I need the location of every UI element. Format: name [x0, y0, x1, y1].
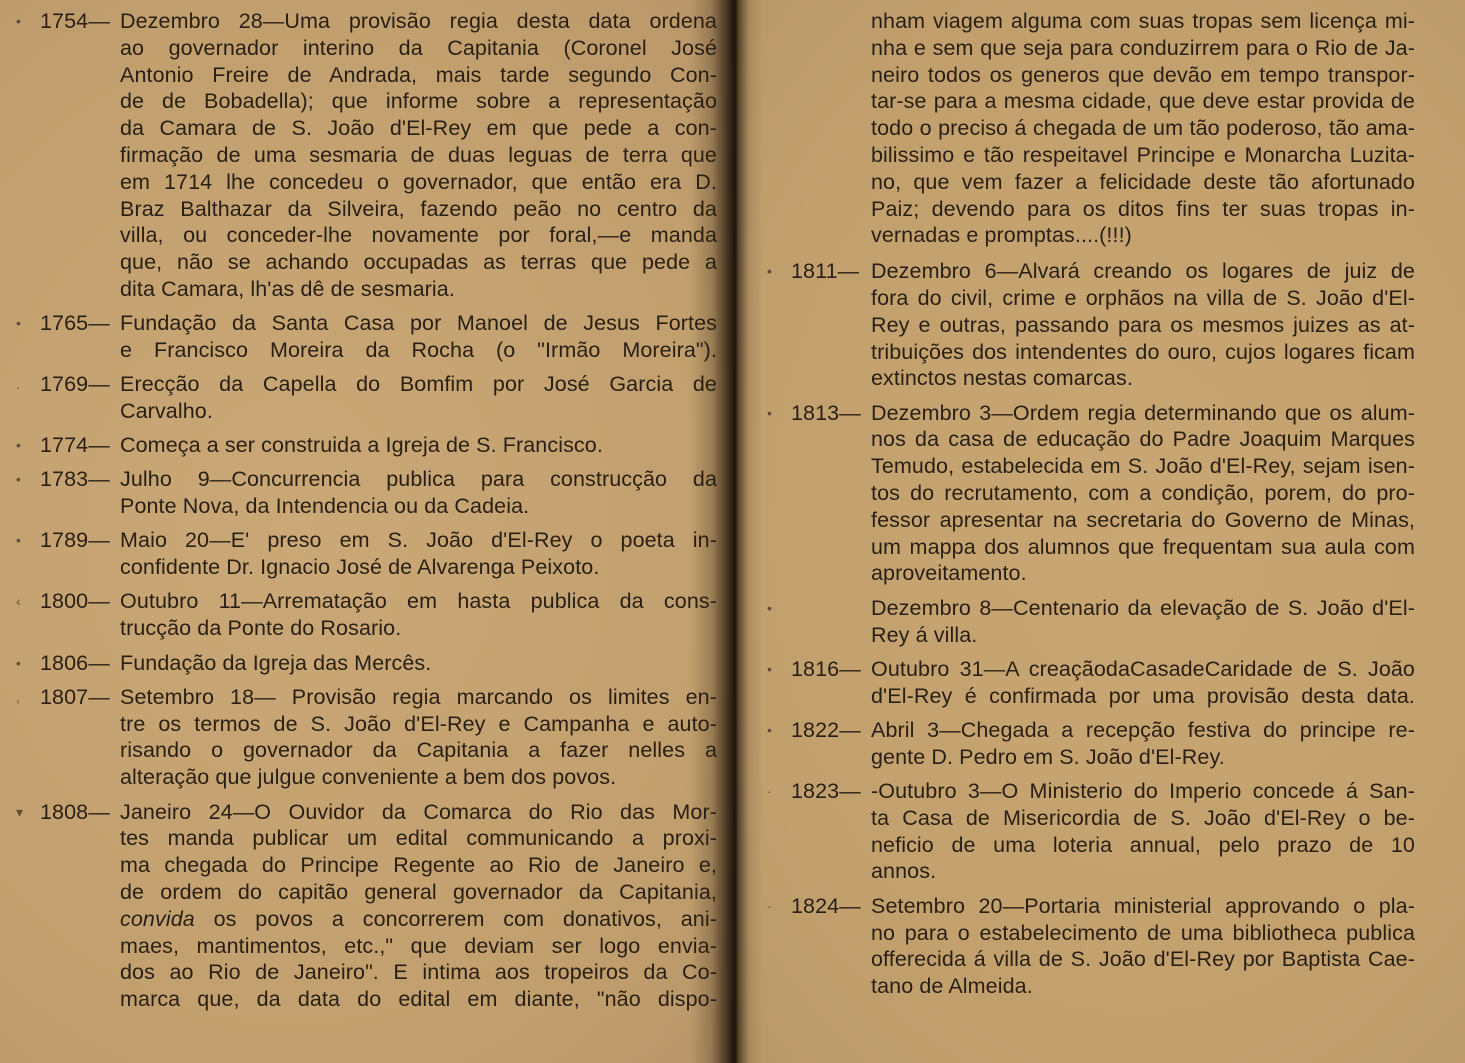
bullet-mark: , — [16, 684, 26, 711]
text-line: marca que, da data do edital em diante, … — [120, 986, 717, 1013]
entry-text: Fundação da Igreja das Mercês. — [120, 650, 717, 677]
text-line: maes, mantimentos, etc.," que deviam ser… — [120, 933, 717, 960]
entry-year: 1813— — [791, 400, 871, 588]
text-line: dos ao Rio de Janeiro". E intima aos tro… — [120, 959, 717, 986]
entry-text: Outubro 11—Arrematação em hasta publica … — [120, 588, 717, 642]
chronology-entry-1754: • 1754— Dezembro 28—Uma provisão regia d… — [40, 8, 717, 303]
text-line: Dezembro 6—Alvará creando os logares de … — [871, 258, 1415, 285]
left-page: • 1754— Dezembro 28—Uma provisão regia d… — [0, 0, 735, 1063]
chronology-entry-1765: • 1765— Fundação da Santa Casa por Manoe… — [40, 310, 717, 364]
text-fragment: os povos a concorrerem com donativos, an… — [195, 907, 717, 931]
entry-text: Maio 20—E' preso em S. João d'El-Rey o p… — [120, 527, 717, 581]
entry-text: Dezembro 28—Uma provisão regia desta dat… — [120, 8, 717, 303]
italic-word: convida — [120, 907, 195, 931]
text-line: tos do recrutamento, com a condição, por… — [871, 480, 1415, 507]
entry-text: Setembro 18— Provisão regia marcando os … — [120, 684, 717, 791]
text-line: tano de Almeida. — [871, 973, 1415, 1000]
bullet-mark: • — [16, 8, 26, 35]
text-line: Ponte Nova, da Intendencia ou da Cadeia. — [120, 493, 717, 520]
bullet-mark: . — [16, 371, 26, 398]
text-line: offerecida á villa de S. João d'El-Rey p… — [871, 946, 1415, 973]
text-line: risando o governador da Capitania a faze… — [120, 737, 717, 764]
entry-year: 1808— — [40, 799, 120, 1013]
entry-text: Abril 3—Chegada a recepção festiva do pr… — [871, 717, 1415, 771]
entry-text: Setembro 20—Portaria ministerial approva… — [871, 893, 1415, 1000]
text-line: de ordem do capitão general governador d… — [120, 879, 717, 906]
text-line: tes manda publicar um edital communicand… — [120, 825, 717, 852]
bullet-mark: • — [767, 258, 777, 285]
chronology-entry-1800: ‹ 1800— Outubro 11—Arrematação em hasta … — [40, 588, 717, 642]
text-line: nos da casa de educação do Padre Joaquim… — [871, 426, 1415, 453]
entry-text: Dezembro 3—Ordem regia determinando que … — [871, 400, 1415, 588]
entry-text: Começa a ser construida a Igreja de S. F… — [120, 432, 717, 459]
entry-text: Outubro 31—A creaçãodaCasadeCaridade de … — [871, 656, 1415, 710]
entry-text: Fundação da Santa Casa por Manoel de Jes… — [120, 310, 717, 364]
entry-year — [791, 595, 871, 649]
bullet-mark: • — [767, 595, 777, 622]
bullet-mark: • — [16, 650, 26, 677]
text-line: ta Casa de Misericordia de S. João d'El-… — [871, 805, 1415, 832]
entry-text: Julho 9—Concurrencia publica para constr… — [120, 466, 717, 520]
bullet-mark: ▾ — [16, 799, 26, 826]
text-line: da Camara de S. João d'El-Rey em que ped… — [120, 115, 717, 142]
bullet-mark: • — [767, 717, 777, 744]
text-line: gente D. Pedro em S. João d'El-Rey. — [871, 744, 1415, 771]
text-line: aproveitamento. — [871, 560, 1415, 587]
text-line: Antonio Freire de Andrada, mais tarde se… — [120, 62, 717, 89]
entry-year: 1783— — [40, 466, 120, 520]
text-line: e Francisco Moreira da Rocha (o "Irmão M… — [120, 337, 717, 364]
bullet-mark: • — [16, 310, 26, 337]
text-line: neficio de uma loteria annual, pelo praz… — [871, 832, 1415, 859]
text-line: vernadas e promptas....(!!!) — [871, 222, 1415, 249]
text-line: Dezembro 28—Uma provisão regia desta dat… — [120, 8, 717, 35]
entry-year: 1822— — [791, 717, 871, 771]
text-line: tribuições dos intendentes do ouro, cujo… — [871, 339, 1415, 366]
text-line: trucção da Ponte do Rosario. — [120, 615, 717, 642]
text-line: bilissimo e tão respeitavel Principe e M… — [871, 142, 1415, 169]
text-line: Julho 9—Concurrencia publica para constr… — [120, 466, 717, 493]
text-line: Fundação da Igreja das Mercês. — [120, 650, 717, 677]
text-line: Fundação da Santa Casa por Manoel de Jes… — [120, 310, 717, 337]
text-line: ao governador interino da Capitania (Cor… — [40, 35, 717, 62]
entry-year: 1816— — [791, 656, 871, 710]
text-line: todo o preciso á chegada de um tão poder… — [871, 115, 1415, 142]
entry-text: Dezembro 8—Centenario da elevação de S. … — [871, 595, 1415, 649]
right-page: nham viagem alguma com suas tropas sem l… — [735, 0, 1465, 1063]
entry-text: Dezembro 6—Alvará creando os logares de … — [871, 258, 1415, 392]
text-line: tre os termos de S. João d'El-Rey e Camp… — [120, 711, 717, 738]
bullet-mark: · — [767, 778, 777, 805]
entry-year: 1811— — [791, 258, 871, 392]
text-line: fessor apresentar na secretaria do Gover… — [871, 507, 1415, 534]
entry-year: 1823— — [791, 778, 871, 885]
text-line: Outubro 31—A creaçãodaCasadeCaridade de … — [871, 656, 1415, 683]
text-line: Rey e outras, passando para os mesmos ju… — [871, 312, 1415, 339]
chronology-entry-1774: • 1774— Começa a ser construida a Igreja… — [40, 432, 717, 459]
text-line: d'El-Rey é confirmada por uma provisão d… — [871, 683, 1415, 710]
entry-year: 1774— — [40, 432, 120, 459]
bullet-mark: ‹ — [16, 588, 26, 615]
text-line-italic-lead: convida os povos a concorrerem com donat… — [120, 906, 717, 933]
chronology-entry-1824: · 1824— Setembro 20—Portaria ministerial… — [791, 893, 1415, 1000]
chronology-entry-1822: • 1822— Abril 3—Chegada a recepção festi… — [791, 717, 1415, 771]
text-line: annos. — [871, 858, 1415, 885]
text-line: tar-se para a mesma cidade, que deve est… — [871, 88, 1415, 115]
entry-year: 1765— — [40, 310, 120, 364]
text-line: ma chegada do Principe Regente ao Rio de… — [120, 852, 717, 879]
text-line: de de Bobadella); que informe sobre a re… — [120, 88, 717, 115]
bullet-mark: • — [767, 656, 777, 683]
bullet-mark: • — [16, 527, 26, 554]
entry-year: 1769— — [40, 371, 120, 425]
text-line: Rey á villa. — [871, 622, 1415, 649]
text-line: Dezembro 8—Centenario da elevação de S. … — [871, 595, 1415, 622]
text-line: Braz Balthazar da Silveira, fazendo peão… — [120, 196, 717, 223]
text-line: Erecção da Capella do Bomfim por José Ga… — [120, 371, 717, 398]
chronology-entry-1789: • 1789— Maio 20—E' preso em S. João d'El… — [40, 527, 717, 581]
text-line: alteração que julgue conveniente a bem d… — [120, 764, 717, 791]
text-line: no para o estabelecimento de uma bibliot… — [871, 920, 1415, 947]
chronology-entry-1807: , 1807— Setembro 18— Provisão regia marc… — [40, 684, 717, 791]
text-line: -Outubro 3—O Ministerio do Imperio conce… — [871, 778, 1415, 805]
chronology-entry-1806: • 1806— Fundação da Igreja das Mercês. — [40, 650, 717, 677]
text-line: firmação de uma sesmaria de duas leguas … — [120, 142, 717, 169]
entry-year: 1806— — [40, 650, 120, 677]
entry-text: Janeiro 24—O Ouvidor da Comarca do Rio d… — [120, 799, 717, 1013]
text-line: nha e sem que seja para conduzirrem para… — [871, 35, 1415, 62]
text-line: um mappa dos alumnos que frequentam sua … — [871, 534, 1415, 561]
book-spread: • 1754— Dezembro 28—Uma provisão regia d… — [0, 0, 1465, 1063]
text-line: dita Camara, lh'as dê de sesmaria. — [120, 276, 717, 303]
text-line: Temudo, estabelecida em S. João d'El-Rey… — [871, 453, 1415, 480]
text-line: Dezembro 3—Ordem regia determinando que … — [871, 400, 1415, 427]
chronology-entry-1783: • 1783— Julho 9—Concurrencia publica par… — [40, 466, 717, 520]
entry-text: Erecção da Capella do Bomfim por José Ga… — [120, 371, 717, 425]
chronology-entry-1823: · 1823— -Outubro 3—O Ministerio do Imper… — [791, 778, 1415, 885]
text-line: em 1714 lhe concedeu o governador, que e… — [120, 169, 717, 196]
text-line: Paiz; devendo para os ditos fins ter sua… — [871, 196, 1415, 223]
text-line: Maio 20—E' preso em S. João d'El-Rey o p… — [120, 527, 717, 554]
bullet-mark: • — [767, 400, 777, 427]
bullet-mark: • — [16, 466, 26, 493]
text-line: Janeiro 24—O Ouvidor da Comarca do Rio d… — [120, 799, 717, 826]
chronology-entry-1769: . 1769— Erecção da Capella do Bomfim por… — [40, 371, 717, 425]
text-line: Setembro 18— Provisão regia marcando os … — [120, 684, 717, 711]
text-line: no, que vem fazer a felicidade deste tão… — [871, 169, 1415, 196]
text-line: que, não se achando occupadas as terras … — [120, 249, 717, 276]
entry-year: 1800— — [40, 588, 120, 642]
text-line: confidente Dr. Ignacio José de Alvarenga… — [120, 554, 717, 581]
text-line: extinctos nestas comarcas. — [871, 365, 1415, 392]
text-line: Começa a ser construida a Igreja de S. F… — [120, 432, 717, 459]
entry-year: 1789— — [40, 527, 120, 581]
entry-year: 1824— — [791, 893, 871, 1000]
entry-year: 1807— — [40, 684, 120, 791]
bullet-mark: · — [767, 893, 777, 920]
text-line: Outubro 11—Arrematação em hasta publica … — [120, 588, 717, 615]
entry-text: -Outubro 3—O Ministerio do Imperio conce… — [871, 778, 1415, 885]
chronology-entry-1816: • 1816— Outubro 31—A creaçãodaCasadeCari… — [791, 656, 1415, 710]
text-line: fora do civil, crime e orphãos na villa … — [871, 285, 1415, 312]
text-line: neiro todos os generos que devão em temp… — [871, 62, 1415, 89]
text-line: Abril 3—Chegada a recepção festiva do pr… — [871, 717, 1415, 744]
chronology-entry-1811: • 1811— Dezembro 6—Alvará creando os log… — [791, 258, 1415, 392]
text-line: Setembro 20—Portaria ministerial approva… — [871, 893, 1415, 920]
text-line: villa, ou conceder-lhe novamente por for… — [120, 222, 717, 249]
chronology-entry-1813-dezembro-8: • Dezembro 8—Centenario da elevação de S… — [791, 595, 1415, 649]
chronology-entry-1813: • 1813— Dezembro 3—Ordem regia determina… — [791, 400, 1415, 588]
text-line: Carvalho. — [120, 398, 717, 425]
text-line: nham viagem alguma com suas tropas sem l… — [871, 8, 1415, 35]
bullet-mark: • — [16, 432, 26, 459]
continued-text-1808: nham viagem alguma com suas tropas sem l… — [871, 8, 1415, 249]
chronology-entry-1808: ▾ 1808— Janeiro 24—O Ouvidor da Comarca … — [40, 799, 717, 1013]
